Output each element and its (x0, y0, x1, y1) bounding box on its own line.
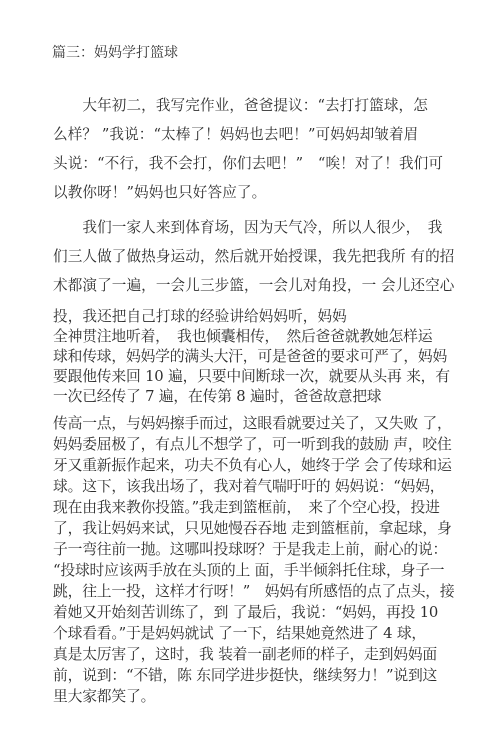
text-line: 传高一点，与妈妈擦手而过，这眼看就要过关了，又失败 了， (53, 415, 452, 433)
text-line: 们三人做了做热身运动，然后就开始授课，我先把我所 有的招 (53, 248, 454, 266)
text-line: 里大家都笑了。 (53, 688, 155, 706)
text-line: 球。这下，该我出场了，我对着气喘吁吁的 妈妈说：“妈妈， (53, 478, 444, 496)
text-line: 着她又开始刻苦训练了，到 了最后，我说：“妈妈，再投 10 (53, 604, 438, 622)
text-line: 术都演了一遍，一会儿三步篮，一会儿对角投，一 会儿还空心 (53, 277, 454, 295)
text-line: 大年初二，我写完作业，爸爸提议：“去打打篮球，怎 (53, 97, 428, 115)
text-line: 我们一家人来到体育场，因为天气冷，所以人很少， 我 (53, 219, 442, 237)
text-line: “投球时应该两手放在头顶的上 面，手半倾斜托住球，身子一 (53, 562, 444, 580)
text-line: 头说：“不行，我不会打，你们去吧！” “唉！对了！我们可 (53, 155, 443, 173)
text-line: 牙又重新振作起来，功夫不负有心人，她终于学 会了传球和运 (53, 457, 452, 475)
text-line: 全神贯注地听着， 我也倾囊相传， 然后爸爸就教她怎样运 (53, 328, 432, 346)
document-page: 篇三：妈妈学打篮球 大年初二，我写完作业，爸爸提议：“去打打篮球，怎么样？ ”我… (0, 0, 500, 740)
text-line: 个球看看。”于是妈妈就试 了一下，结果她竟然进了 4 球， (53, 625, 426, 643)
text-line: 子一弯往前一抛。这哪叫投球呀？于是我走上前，耐心的说： (53, 541, 447, 559)
text-line: 了，我让妈妈来试，只见她慢吞吞地 走到篮框前，拿起球，身 (53, 520, 452, 538)
text-line: 现在由我来教你投篮。”我走到篮框前， 来了个空心投，投进 (53, 499, 440, 517)
text-line: 一次已经传了 7 遍，在传第 8 遍时，爸爸故意把球 (53, 388, 381, 406)
text-line: 前，说到：“不错，陈 东同学进步挺快，继续努力！”说到这 (53, 667, 437, 685)
text-line: 妈妈委屈极了，有点儿不想学了，可一听到我的鼓励 声，咬住 (53, 436, 452, 454)
text-line: 以教你呀！”妈妈也只好答应了。 (53, 184, 266, 202)
document-title: 篇三：妈妈学打篮球 (52, 44, 178, 62)
text-line: 要跟他传来回 10 遍，只要中间断球一次，就要从头再 来，有 (53, 368, 450, 386)
text-line: 投，我还把自己打球的经验讲给妈妈听，妈妈 (53, 308, 347, 326)
text-line: 真是太厉害了，这时，我 装着一副老师的样子，走到妈妈面 (53, 646, 437, 664)
text-line: 球和传球，妈妈学的满头大汗，可是爸爸的要求可严了，妈妈 (53, 348, 447, 366)
text-line: 跳，往上一投，这样才行呀！” 妈妈有所感悟的点了点头，接 (53, 583, 454, 601)
text-line: 么样？ ”我说：“太棒了！妈妈也去吧！”可妈妈却皱着眉 (53, 126, 418, 144)
